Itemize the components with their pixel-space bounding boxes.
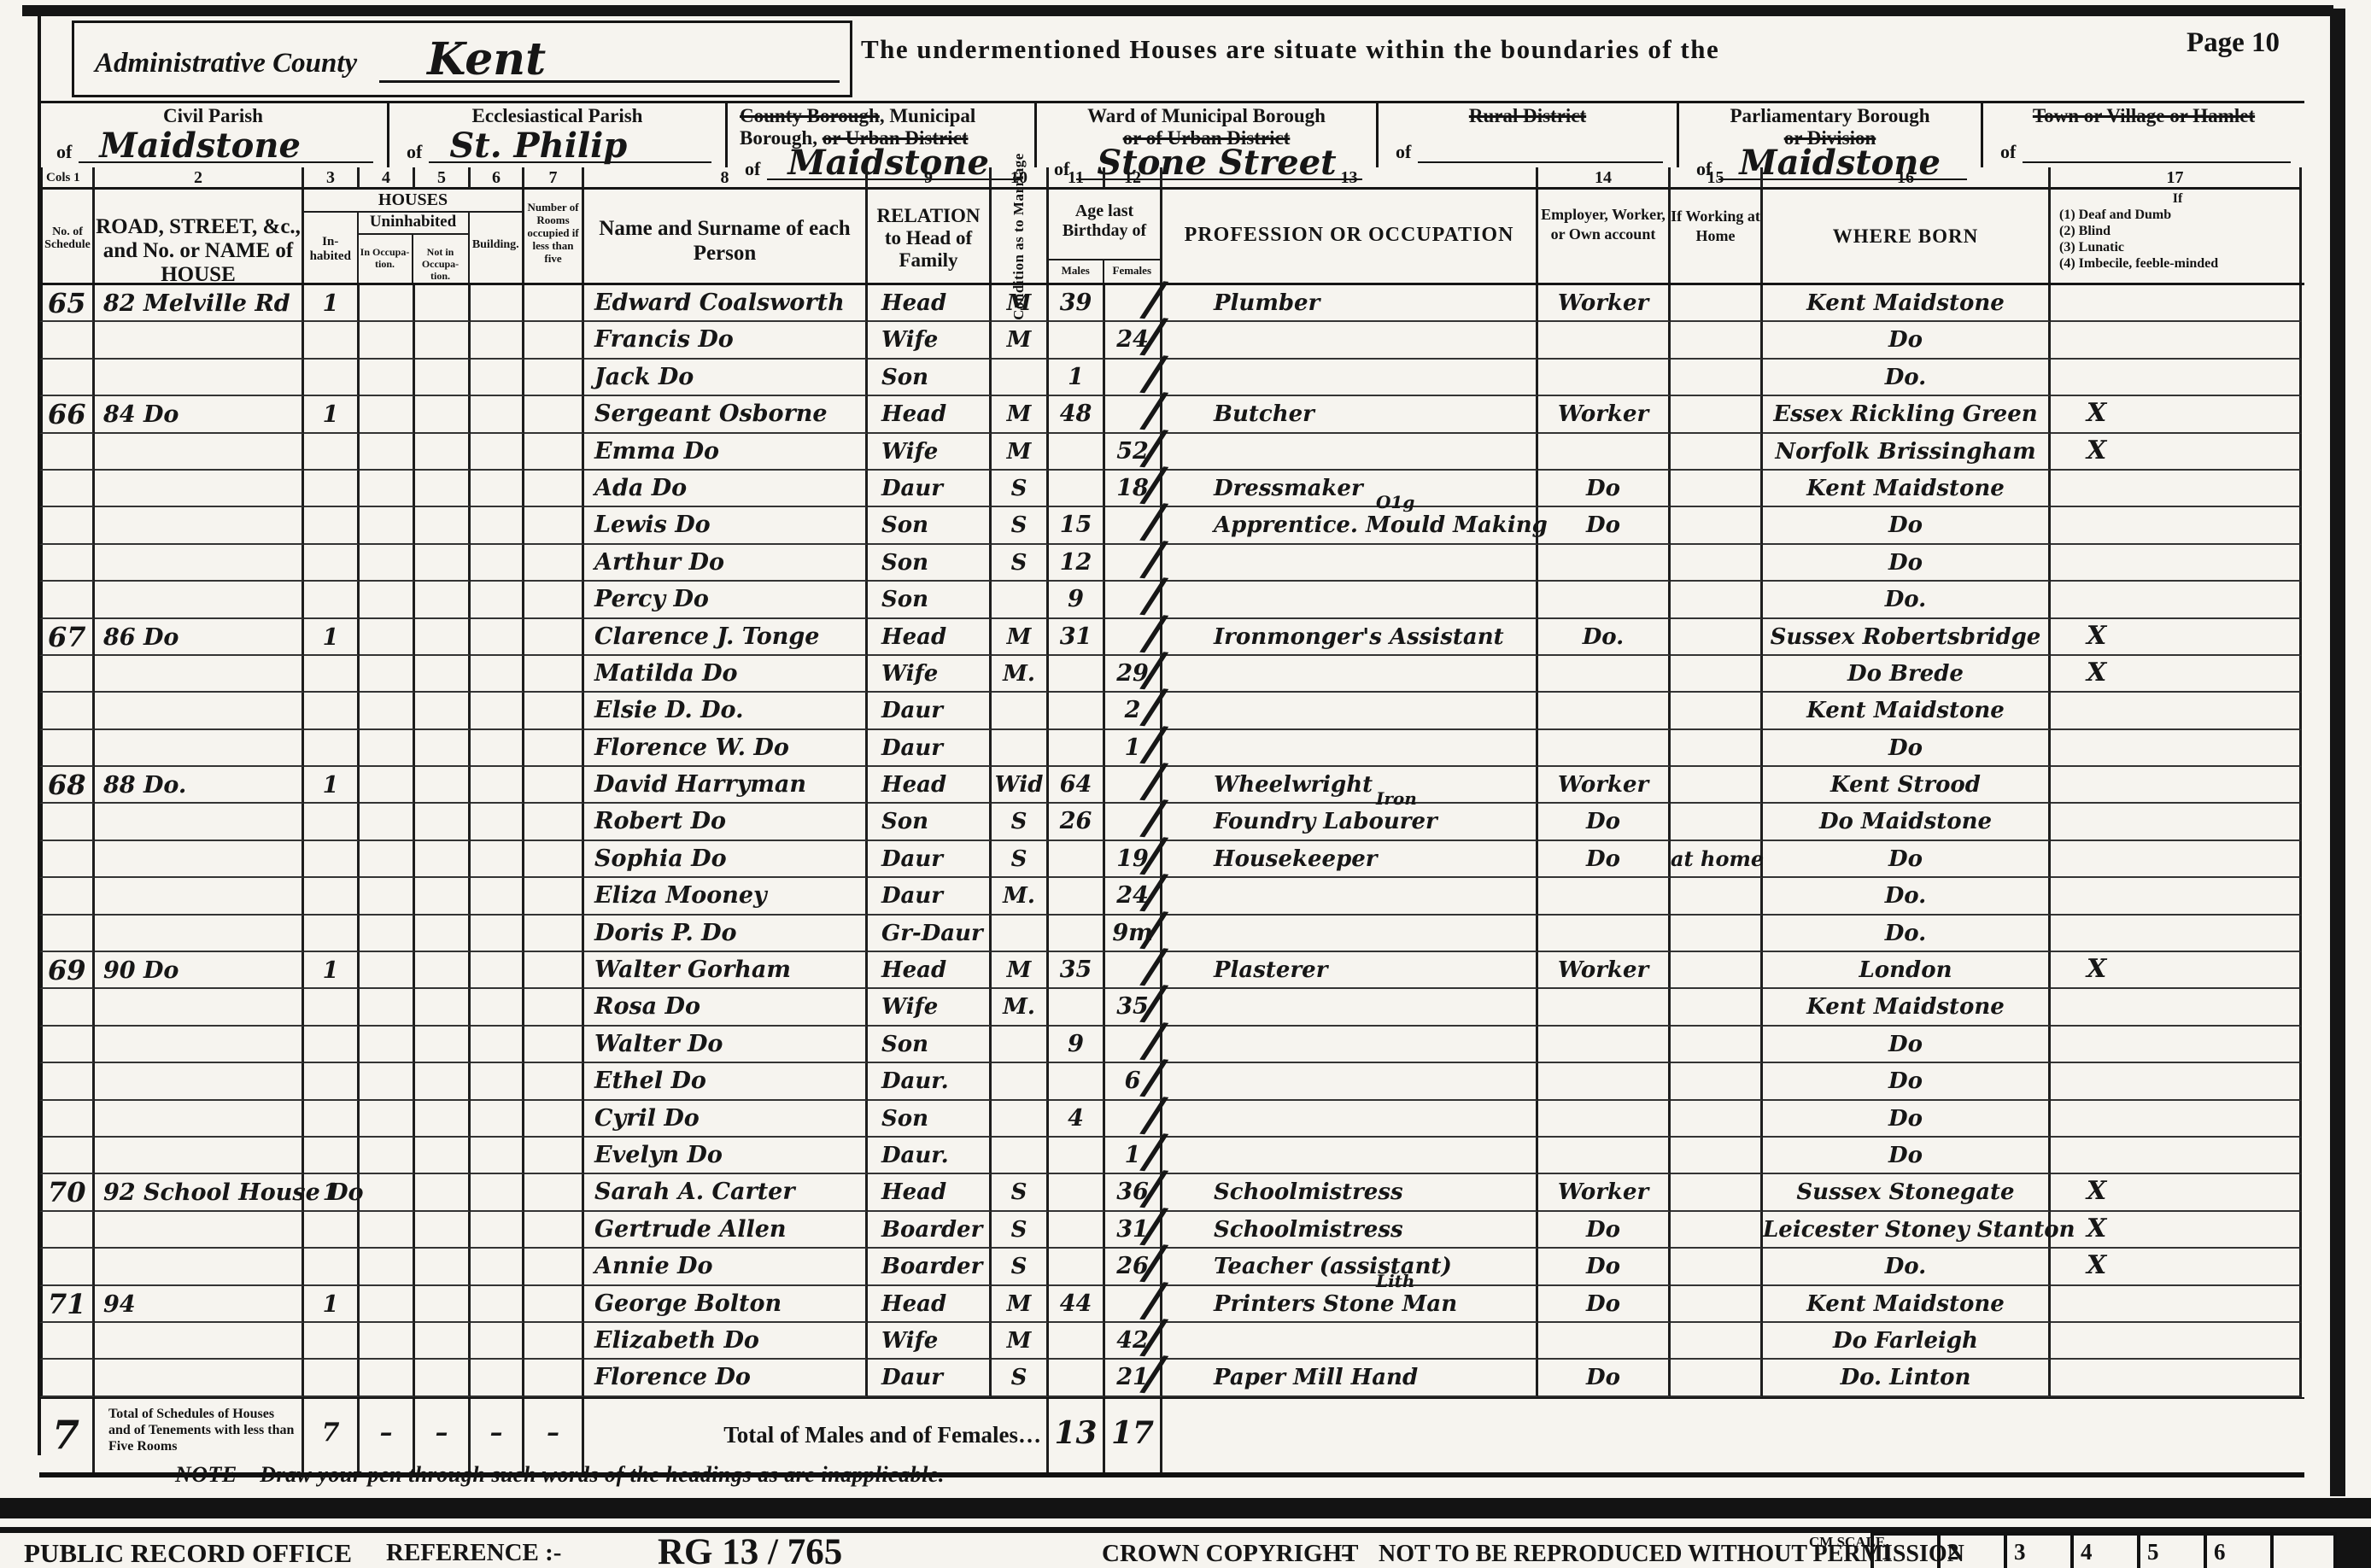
employer-status xyxy=(1538,730,1671,767)
address xyxy=(95,1360,304,1396)
schedule-number xyxy=(39,507,95,544)
of-prefix: of xyxy=(56,141,72,163)
working-at-home-value xyxy=(1671,471,1763,507)
marriage-condition: S xyxy=(992,1360,1049,1396)
where-born: Do xyxy=(1763,1138,2051,1174)
address xyxy=(95,1027,304,1063)
infirmity-mark: X xyxy=(2051,1249,2302,1285)
of-prefix: of xyxy=(407,141,422,163)
age-male xyxy=(1049,989,1105,1026)
marriage-condition: M xyxy=(992,434,1049,471)
administrative-county-value: Kent xyxy=(379,38,840,83)
occupation: / Schoolmistress xyxy=(1162,1212,1538,1249)
table-row: Sophia Do Daur S 19 / Housekeeper Do at … xyxy=(39,841,2304,878)
employer-status xyxy=(1538,1101,1671,1138)
working-at-home-value xyxy=(1671,1101,1763,1138)
schedule-number: 70 xyxy=(39,1174,95,1211)
schedule-number xyxy=(39,1138,95,1174)
working-at-home-value xyxy=(1671,767,1763,804)
marriage-condition: S xyxy=(992,1174,1049,1211)
scan-right-border xyxy=(2330,9,2345,1496)
building-value xyxy=(471,322,524,359)
building-value xyxy=(471,916,524,952)
district-header-band: Civil Parish of Maidstone Ecclesiastical… xyxy=(39,101,2304,167)
schedule-number xyxy=(39,804,95,840)
civil-parish-label: Civil Parish xyxy=(39,103,387,127)
relation: Daur xyxy=(868,878,992,915)
rooms-value xyxy=(524,656,584,693)
header-houses: HOUSES xyxy=(304,190,522,213)
header-where-born: WHERE BORN xyxy=(1763,190,2051,283)
occupation-text: Wheelwright xyxy=(1214,772,1373,798)
uninhabited-not-occupation-value xyxy=(415,1212,471,1249)
where-born: Do xyxy=(1763,1027,2051,1063)
schedule-number xyxy=(39,1027,95,1063)
marriage-condition: M. xyxy=(992,989,1049,1026)
footer-dash: - xyxy=(1341,1540,1349,1568)
header-working-at-home: If Working at Home xyxy=(1671,190,1763,283)
col-num: 11 xyxy=(1049,167,1105,190)
col-num: 16 xyxy=(1763,167,2051,190)
uninhabited-in-occupation-value xyxy=(360,952,415,989)
where-born: Leicester Stoney Stanton xyxy=(1763,1212,2051,1249)
schedule-number: 68 xyxy=(39,767,95,804)
relation: Daur. xyxy=(868,1063,992,1100)
infirmity-mark xyxy=(2051,507,2302,544)
uninhabited-in-occupation-value xyxy=(360,322,415,359)
occupation: / Plasterer xyxy=(1162,952,1538,989)
occupation: / Butcher xyxy=(1162,396,1538,433)
address xyxy=(95,804,304,840)
age-male: 48 xyxy=(1049,396,1105,433)
address xyxy=(95,989,304,1026)
relation: Son xyxy=(868,507,992,544)
relation: Daur. xyxy=(868,1138,992,1174)
working-at-home-value xyxy=(1671,989,1763,1026)
occupation: / Dressmaker xyxy=(1162,471,1538,507)
ecclesiastical-parish-label: Ecclesiastical Parish xyxy=(389,103,725,127)
person-name: Robert Do xyxy=(584,804,868,840)
rooms-value xyxy=(524,767,584,804)
uninhabited-not-occupation-value xyxy=(415,360,471,396)
table-row: Lewis Do Son S 15 / O1g Apprentice. Moul… xyxy=(39,507,2304,544)
uninhabited-not-occupation-value xyxy=(415,656,471,693)
inhabited-value xyxy=(304,1063,360,1100)
table-row: Florence W. Do Daur 1 / Do xyxy=(39,730,2304,767)
schedule-number xyxy=(39,471,95,507)
where-born: Do Brede xyxy=(1763,656,2051,693)
header-rooms: Number of Rooms occupied if less than fi… xyxy=(524,190,584,283)
working-at-home-value xyxy=(1671,1249,1763,1285)
col-num: 3 xyxy=(304,167,360,190)
occupation-text: Teacher (assistant) xyxy=(1214,1254,1452,1279)
working-at-home-value xyxy=(1671,1286,1763,1323)
address xyxy=(95,545,304,582)
schedule-number xyxy=(39,1063,95,1100)
building-value xyxy=(471,693,524,729)
scale-tick: 6 xyxy=(2204,1532,2270,1568)
table-row: Matilda Do Wife M. 29 / Do Brede X xyxy=(39,656,2304,693)
marriage-condition: Wid xyxy=(992,767,1049,804)
rooms-value xyxy=(524,471,584,507)
town-village-box: Town or Village or Hamlet of xyxy=(1983,103,2304,167)
age-male: 64 xyxy=(1049,767,1105,804)
col-num: 5 xyxy=(415,167,471,190)
civil-parish-value: Maidstone xyxy=(79,132,373,163)
schedule-number xyxy=(39,582,95,618)
age-male xyxy=(1049,471,1105,507)
table-row: 71 94 1 George Bolton Head M 44 / Lith xyxy=(39,1286,2304,1323)
col-num: 9 xyxy=(868,167,992,190)
relation: Head xyxy=(868,396,992,433)
rooms-value xyxy=(524,1101,584,1138)
inhabited-value xyxy=(304,841,360,878)
employer-status: Do. xyxy=(1538,619,1671,656)
where-born: Essex Rickling Green xyxy=(1763,396,2051,433)
rooms-value xyxy=(524,619,584,656)
header-profession: PROFESSION OR OCCUPATION xyxy=(1162,190,1538,283)
table-row: Cyril Do Son 4 / Do xyxy=(39,1101,2304,1138)
age-male: 15 xyxy=(1049,507,1105,544)
col-num: Cols 1 xyxy=(39,167,95,190)
marriage-condition: M xyxy=(992,396,1049,433)
census-page: Administrative County Kent The underment… xyxy=(0,0,2371,1568)
employer-status xyxy=(1538,989,1671,1026)
infirmity-mark xyxy=(2051,582,2302,618)
where-born: Do. Linton xyxy=(1763,1360,2051,1396)
inhabited-value: 1 xyxy=(304,1286,360,1323)
working-at-home-value xyxy=(1671,656,1763,693)
age-male xyxy=(1049,1249,1105,1285)
age-male xyxy=(1049,841,1105,878)
table-row: 66 84 Do 1 Sergeant Osborne Head M 48 / xyxy=(39,396,2304,433)
address: 94 xyxy=(95,1286,304,1323)
header-name-surname: Name and Surname of each Person xyxy=(584,190,868,283)
person-name: Arthur Do xyxy=(584,545,868,582)
separator-bar xyxy=(0,1498,2371,1518)
col-num: 4 xyxy=(360,167,415,190)
uninhabited-not-occupation-value xyxy=(415,1027,471,1063)
administrative-county-box: Administrative County Kent xyxy=(72,20,852,97)
rooms-value xyxy=(524,841,584,878)
schedule-number xyxy=(39,656,95,693)
where-born: Do xyxy=(1763,545,2051,582)
building-value xyxy=(471,471,524,507)
where-born: Kent Maidstone xyxy=(1763,1286,2051,1323)
rooms-value xyxy=(524,285,584,322)
person-name: Rosa Do xyxy=(584,989,868,1026)
table-row: Percy Do Son 9 / Do. xyxy=(39,582,2304,618)
rooms-value xyxy=(524,1212,584,1249)
uninhabited-in-occupation-value xyxy=(360,507,415,544)
where-born: Do. xyxy=(1763,916,2051,952)
inhabited-value xyxy=(304,804,360,840)
uninhabited-not-occupation-value xyxy=(415,804,471,840)
occupation: / xyxy=(1162,1323,1538,1360)
relation: Daur xyxy=(868,730,992,767)
col-num: 6 xyxy=(471,167,524,190)
inhabited-value xyxy=(304,1212,360,1249)
person-name: Annie Do xyxy=(584,1249,868,1285)
inhabited-value xyxy=(304,730,360,767)
table-row: Emma Do Wife M 52 / Norfolk Brissingham … xyxy=(39,434,2304,471)
employer-status xyxy=(1538,360,1671,396)
occupation: / xyxy=(1162,1063,1538,1100)
table-row: Annie Do Boarder S 26 / Teacher (assista… xyxy=(39,1249,2304,1285)
working-at-home-value xyxy=(1671,1027,1763,1063)
where-born: Sussex Robertsbridge xyxy=(1763,619,2051,656)
occupation: / xyxy=(1162,582,1538,618)
infirmity-mark xyxy=(2051,1138,2302,1174)
relation: Wife xyxy=(868,656,992,693)
uninhabited-not-occupation-value xyxy=(415,507,471,544)
table-row: Walter Do Son 9 / Do xyxy=(39,1027,2304,1063)
working-at-home-value xyxy=(1671,285,1763,322)
relation: Wife xyxy=(868,1323,992,1360)
age-male xyxy=(1049,878,1105,915)
inhabited-value: 1 xyxy=(304,952,360,989)
uninhabited-in-occupation-value xyxy=(360,471,415,507)
marriage-condition: M. xyxy=(992,656,1049,693)
occupation: / xyxy=(1162,1027,1538,1063)
infirmity-mark xyxy=(2051,989,2302,1026)
working-at-home-value xyxy=(1671,545,1763,582)
employer-status: Do xyxy=(1538,841,1671,878)
building-value xyxy=(471,841,524,878)
age-male xyxy=(1049,1138,1105,1174)
age-male: 1 xyxy=(1049,360,1105,396)
uninhabited-in-occupation-value xyxy=(360,916,415,952)
uninhabited-in-occupation-value xyxy=(360,619,415,656)
where-born: Do xyxy=(1763,507,2051,544)
relation: Head xyxy=(868,285,992,322)
marriage-condition: M xyxy=(992,1323,1049,1360)
of-prefix: of xyxy=(2000,141,2016,163)
rooms-value xyxy=(524,434,584,471)
age-male: 9 xyxy=(1049,1027,1105,1063)
occupation-text: Plumber xyxy=(1214,290,1320,316)
infirmity-mark: X xyxy=(2051,434,2302,471)
occupation: / xyxy=(1162,730,1538,767)
ward-box: Ward of Municipal Borough or of Urban Di… xyxy=(1037,103,1379,167)
working-at-home-value xyxy=(1671,396,1763,433)
address: 86 Do xyxy=(95,619,304,656)
address: 90 Do xyxy=(95,952,304,989)
column-headers-row: No. of Schedule ROAD, STREET, &c., and N… xyxy=(39,190,2304,285)
header-age-group: Age last Birthday of Males Females xyxy=(1049,190,1162,283)
total-males: 13 xyxy=(1049,1399,1105,1472)
uninhabited-in-occupation-value xyxy=(360,1174,415,1211)
employer-status: Worker xyxy=(1538,285,1671,322)
uninhabited-in-occupation-value xyxy=(360,545,415,582)
employer-status xyxy=(1538,916,1671,952)
employer-status: Do xyxy=(1538,804,1671,840)
relation: Head xyxy=(868,1286,992,1323)
uninhabited-not-occupation-value xyxy=(415,1286,471,1323)
rooms-value xyxy=(524,804,584,840)
address xyxy=(95,434,304,471)
schedule-number: 65 xyxy=(39,285,95,322)
inhabited-value xyxy=(304,322,360,359)
address xyxy=(95,582,304,618)
age-male xyxy=(1049,916,1105,952)
header-infirmity: If (1) Deaf and Dumb (2) Blind (3) Lunat… xyxy=(2051,190,2302,283)
occupation: / Housekeeper xyxy=(1162,841,1538,878)
occupation-text: Housekeeper xyxy=(1214,846,1378,872)
building-value xyxy=(471,396,524,433)
address: 84 Do xyxy=(95,396,304,433)
infirmity-mark: X xyxy=(2051,656,2302,693)
occupation: / xyxy=(1162,1101,1538,1138)
inhabited-value xyxy=(304,507,360,544)
where-born: Do xyxy=(1763,1063,2051,1100)
working-at-home-value xyxy=(1671,434,1763,471)
occupation-text: Butcher xyxy=(1214,401,1314,427)
age-male: 44 xyxy=(1049,1286,1105,1323)
building-value xyxy=(471,1063,524,1100)
inhabited-value xyxy=(304,471,360,507)
header-road-street: ROAD, STREET, &c., and No. or NAME of HO… xyxy=(95,190,304,283)
inhabited-value xyxy=(304,1323,360,1360)
uninhabited-not-occupation-value xyxy=(415,952,471,989)
employer-status: Do xyxy=(1538,471,1671,507)
total-building: – xyxy=(471,1399,524,1472)
rooms-value xyxy=(524,989,584,1026)
reference-label: REFERENCE :- xyxy=(386,1539,561,1567)
uninhabited-not-occupation-value xyxy=(415,989,471,1026)
employer-status xyxy=(1538,656,1671,693)
uninhabited-not-occupation-value xyxy=(415,1101,471,1138)
person-name: David Harryman xyxy=(584,767,868,804)
where-born: Do Farleigh xyxy=(1763,1323,2051,1360)
age-male: 26 xyxy=(1049,804,1105,840)
employer-status: Worker xyxy=(1538,767,1671,804)
occupation-text: Apprentice. Mould Making xyxy=(1214,512,1548,538)
infirmity-mark xyxy=(2051,804,2302,840)
working-at-home-value xyxy=(1671,360,1763,396)
address xyxy=(95,1138,304,1174)
town-village-value xyxy=(2023,160,2291,163)
where-born: Sussex Stonegate xyxy=(1763,1174,2051,1211)
inhabited-value xyxy=(304,656,360,693)
rooms-value xyxy=(524,952,584,989)
employer-status xyxy=(1538,1138,1671,1174)
occupation: / xyxy=(1162,916,1538,952)
uninhabited-in-occupation-value xyxy=(360,1360,415,1396)
relation: Head xyxy=(868,619,992,656)
total-inhabited: 7 xyxy=(304,1399,360,1472)
address: 82 Melville Rd xyxy=(95,285,304,322)
employer-status xyxy=(1538,545,1671,582)
inhabited-value: 1 xyxy=(304,396,360,433)
inhabited-value xyxy=(304,1249,360,1285)
working-at-home-value xyxy=(1671,1323,1763,1360)
building-value xyxy=(471,989,524,1026)
header-in-occupation: In Occupa-tion. xyxy=(359,235,413,283)
address xyxy=(95,1101,304,1138)
person-name: Eliza Mooney xyxy=(584,878,868,915)
person-name: Francis Do xyxy=(584,322,868,359)
uninhabited-in-occupation-value xyxy=(360,1249,415,1285)
schedule-number xyxy=(39,1323,95,1360)
rooms-value xyxy=(524,1027,584,1063)
marriage-condition xyxy=(992,1138,1049,1174)
occupation: / xyxy=(1162,878,1538,915)
uninhabited-in-occupation-value xyxy=(360,1027,415,1063)
uninhabited-in-occupation-value xyxy=(360,360,415,396)
schedule-number xyxy=(39,434,95,471)
inhabited-value xyxy=(304,916,360,952)
where-born: Do. xyxy=(1763,582,2051,618)
age-male xyxy=(1049,1174,1105,1211)
schedule-number xyxy=(39,989,95,1026)
table-row: Arthur Do Son S 12 / Do xyxy=(39,545,2304,582)
where-born: Do. xyxy=(1763,360,2051,396)
building-value xyxy=(471,1101,524,1138)
occupation-text: Printers Stone Man xyxy=(1214,1291,1457,1317)
address xyxy=(95,1323,304,1360)
infirmity-mark xyxy=(2051,1027,2302,1063)
municipal-borough-box: County Borough, Municipal Borough, or Ur… xyxy=(728,103,1037,167)
employer-status: Do xyxy=(1538,1212,1671,1249)
uninhabited-not-occupation-value xyxy=(415,545,471,582)
occupation-note: Lith xyxy=(1376,1273,1414,1290)
infirmity-mark: X xyxy=(2051,1174,2302,1211)
person-name: Elizabeth Do xyxy=(584,1323,868,1360)
person-name: Walter Gorham xyxy=(584,952,868,989)
employer-status: Do xyxy=(1538,1360,1671,1396)
occupation-text: Schoolmistress xyxy=(1214,1217,1403,1243)
table-row: Jack Do Son 1 / Do. xyxy=(39,360,2304,396)
table-row: Florence Do Daur S 21 / Paper Mill Hand … xyxy=(39,1360,2304,1396)
age-male xyxy=(1049,1212,1105,1249)
inhabited-value xyxy=(304,360,360,396)
occupation: / xyxy=(1162,322,1538,359)
page-number: Page 10 xyxy=(2187,27,2280,59)
working-at-home-value xyxy=(1671,1212,1763,1249)
marriage-condition: S xyxy=(992,507,1049,544)
where-born: Norfolk Brissingham xyxy=(1763,434,2051,471)
col-num: 14 xyxy=(1538,167,1671,190)
uninhabited-in-occupation-value xyxy=(360,878,415,915)
employer-status xyxy=(1538,1323,1671,1360)
schedule-number: 67 xyxy=(39,619,95,656)
total-rooms: – xyxy=(524,1399,584,1472)
header-not-in-occupation: Not in Occupa-tion. xyxy=(413,235,468,283)
occupation: / xyxy=(1162,656,1538,693)
header-males: Males xyxy=(1049,260,1104,283)
inhabited-value xyxy=(304,1138,360,1174)
infirmity-mark: X xyxy=(2051,952,2302,989)
rooms-value xyxy=(524,730,584,767)
address xyxy=(95,507,304,544)
working-at-home-value xyxy=(1671,507,1763,544)
infirmity-mark xyxy=(2051,285,2302,322)
building-value xyxy=(471,1212,524,1249)
building-value xyxy=(471,952,524,989)
person-name: George Bolton xyxy=(584,1286,868,1323)
scale-tick: 1 xyxy=(1870,1532,1937,1568)
infirmity-mark xyxy=(2051,1286,2302,1323)
address xyxy=(95,471,304,507)
address xyxy=(95,1212,304,1249)
where-born: London xyxy=(1763,952,2051,989)
table-row: 65 82 Melville Rd 1 Edward Coalsworth He… xyxy=(39,285,2304,322)
address xyxy=(95,693,304,729)
age-male xyxy=(1049,434,1105,471)
marriage-condition xyxy=(992,693,1049,729)
scale-tick: 5 xyxy=(2137,1532,2204,1568)
